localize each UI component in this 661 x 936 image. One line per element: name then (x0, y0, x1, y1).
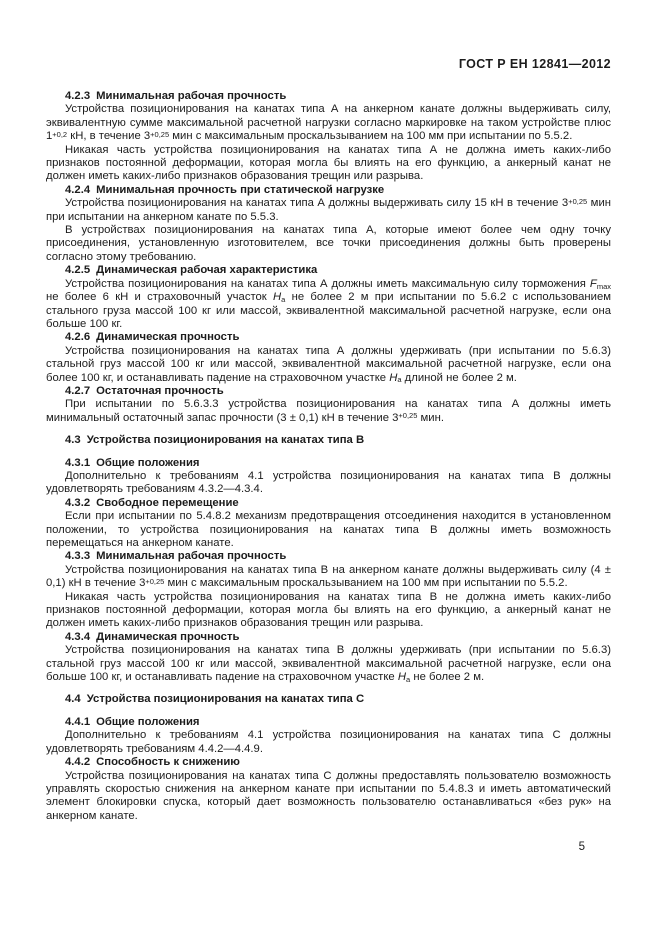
subsection-heading: 4.2.7Остаточная прочность (46, 385, 611, 398)
paragraph: В устройствах позиционирования на каната… (46, 224, 611, 264)
section-number: 4.2.6 (65, 331, 90, 343)
paragraph: При испытании по 5.6.3.3 устройства пози… (46, 398, 611, 425)
section-heading: 4.4Устройства позиционирования на каната… (46, 693, 611, 706)
paragraph: Устройства позиционирования на канатах т… (46, 564, 611, 591)
section-number: 4.4.1 (65, 716, 90, 728)
section-number: 4.2.3 (65, 90, 90, 102)
document-page: ГОСТ Р ЕН 12841—2012 4.2.3Минимальная ра… (0, 0, 661, 936)
section-number: 4.3.1 (65, 457, 90, 469)
subsection-heading: 4.3.4Динамическая прочность (46, 631, 611, 644)
subsection-heading: 4.2.5Динамическая рабочая характеристика (46, 264, 611, 277)
section-number: 4.2.5 (65, 264, 90, 276)
section-number: 4.3.3 (65, 550, 90, 562)
paragraph: Устройства позиционирования на канатах т… (46, 197, 611, 224)
section-number: 4.3.2 (65, 497, 90, 509)
section-heading: 4.3Устройства позиционирования на каната… (46, 434, 611, 447)
subsection-heading: 4.3.1Общие положения (46, 457, 611, 470)
paragraph: Устройства позиционирования на канатах т… (46, 278, 611, 332)
subsection-heading: 4.2.4Минимальная прочность при статическ… (46, 184, 611, 197)
paragraph: Никакая часть устройства позиционировани… (46, 144, 611, 184)
document-body: 4.2.3Минимальная рабочая прочностьУстрой… (46, 90, 611, 823)
section-number: 4.2.7 (65, 385, 90, 397)
section-number: 4.3 (65, 434, 81, 446)
document-header-standard-designation: ГОСТ Р ЕН 12841—2012 (46, 58, 611, 71)
paragraph: Устройства позиционирования на канатах т… (46, 644, 611, 684)
subsection-heading: 4.3.3Минимальная рабочая прочность (46, 550, 611, 563)
section-number: 4.2.4 (65, 184, 90, 196)
subsection-heading: 4.2.6Динамическая прочность (46, 331, 611, 344)
paragraph: Устройства позиционирования на канатах т… (46, 345, 611, 385)
subsection-heading: 4.2.3Минимальная рабочая прочность (46, 90, 611, 103)
paragraph: Устройства позиционирования на канатах т… (46, 103, 611, 143)
paragraph: Никакая часть устройства позиционировани… (46, 591, 611, 631)
paragraph: Дополнительно к требованиям 4.1 устройст… (46, 729, 611, 756)
paragraph: Если при испытании по 5.4.8.2 механизм п… (46, 510, 611, 550)
page-number: 5 (579, 841, 585, 854)
subsection-heading: 4.4.1Общие положения (46, 716, 611, 729)
paragraph: Дополнительно к требованиям 4.1 устройст… (46, 470, 611, 497)
section-number: 4.4.2 (65, 756, 90, 768)
paragraph: Устройства позиционирования на канатах т… (46, 770, 611, 824)
section-number: 4.3.4 (65, 631, 90, 643)
section-number: 4.4 (65, 693, 81, 705)
subsection-heading: 4.3.2Свободное перемещение (46, 497, 611, 510)
subsection-heading: 4.4.2Способность к снижению (46, 756, 611, 769)
